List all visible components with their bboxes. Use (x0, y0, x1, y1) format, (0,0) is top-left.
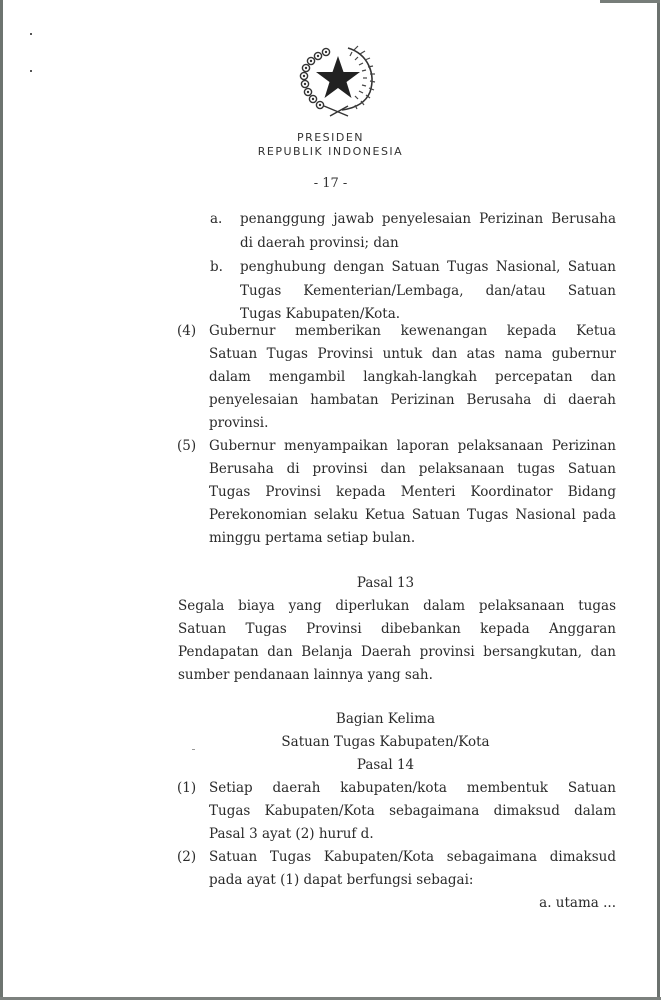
paragraph-marker-5: (5) (177, 438, 196, 454)
document-page: PRESIDEN REPUBLIK INDONESIA - 17 - a. pe… (0, 0, 661, 1000)
paragraph-4-line: dalam mengambil langkah-langkah percepat… (209, 369, 616, 385)
item-b-line: Tugas Kabupaten/Kota. (240, 306, 400, 322)
paragraph-5-line: Gubernur menyampaikan laporan pelaksanaa… (209, 438, 616, 454)
pasal-14-title: Pasal 14 (55, 757, 661, 773)
scan-speck (192, 749, 195, 750)
item-b-line: penghubung dengan Satuan Tugas Nasional,… (240, 259, 616, 275)
garuda-star-emblem-icon (290, 40, 386, 120)
header-presiden: PRESIDEN (0, 131, 661, 144)
paragraph-5-line: minggu pertama setiap bulan. (209, 530, 415, 546)
scan-speck (30, 70, 32, 72)
pasal-14-paragraph-1-line: Pasal 3 ayat (2) huruf d. (209, 826, 374, 842)
pasal-14-paragraph-2-line: Satuan Tugas Kabupaten/Kota sebagaimana … (209, 849, 616, 865)
scan-edge-top (600, 0, 660, 3)
pasal-13-line: Satuan Tugas Provinsi dibebankan kepada … (178, 621, 616, 637)
page-number: - 17 - (0, 176, 661, 191)
paragraph-4-line: provinsi. (209, 415, 268, 431)
scan-speck (30, 33, 32, 35)
paragraph-marker-2: (2) (177, 849, 196, 865)
paragraph-5-line: Perekonomian selaku Ketua Satuan Tugas N… (209, 507, 616, 523)
item-a-line: di daerah provinsi; dan (240, 235, 399, 251)
paragraph-marker-1: (1) (177, 780, 196, 796)
item-b-line: Tugas Kementerian/Lembaga, dan/atau Satu… (240, 283, 616, 299)
pasal-13-line: Pendapatan dan Belanja Daerah provinsi b… (178, 644, 616, 660)
header-republik-indonesia: REPUBLIK INDONESIA (0, 145, 661, 158)
item-marker-a: a. (210, 211, 222, 227)
paragraph-marker-4: (4) (177, 323, 196, 339)
paragraph-4-line: Gubernur memberikan kewenangan kepada Ke… (209, 323, 616, 339)
pasal-14-paragraph-1-line: Tugas Kabupaten/Kota sebagaimana dimaksu… (209, 803, 616, 819)
section-title: Bagian Kelima (55, 711, 661, 727)
paragraph-4-line: Satuan Tugas Provinsi untuk dan atas nam… (209, 346, 616, 362)
paragraph-5-line: Berusaha di provinsi dan pelaksanaan tug… (209, 461, 616, 477)
pasal-14-paragraph-1-line: Setiap daerah kabupaten/kota membentuk S… (209, 780, 616, 796)
pasal-13-line: sumber pendanaan lainnya yang sah. (178, 667, 433, 683)
item-a-line: penanggung jawab penyelesaian Perizinan … (240, 211, 616, 227)
item-marker-b: b. (210, 259, 223, 275)
paragraph-5-line: Tugas Provinsi kepada Menteri Koordinato… (209, 484, 616, 500)
paragraph-4-line: penyelesaian hambatan Perizinan Berusaha… (209, 392, 616, 408)
pasal-13-line: Segala biaya yang diperlukan dalam pelak… (178, 598, 616, 614)
pasal-13-title: Pasal 13 (55, 575, 661, 591)
catchword: a. utama ... (505, 895, 616, 911)
pasal-14-paragraph-2-line: pada ayat (1) dapat berfungsi sebagai: (209, 872, 473, 888)
section-subtitle: Satuan Tugas Kabupaten/Kota (55, 734, 661, 750)
